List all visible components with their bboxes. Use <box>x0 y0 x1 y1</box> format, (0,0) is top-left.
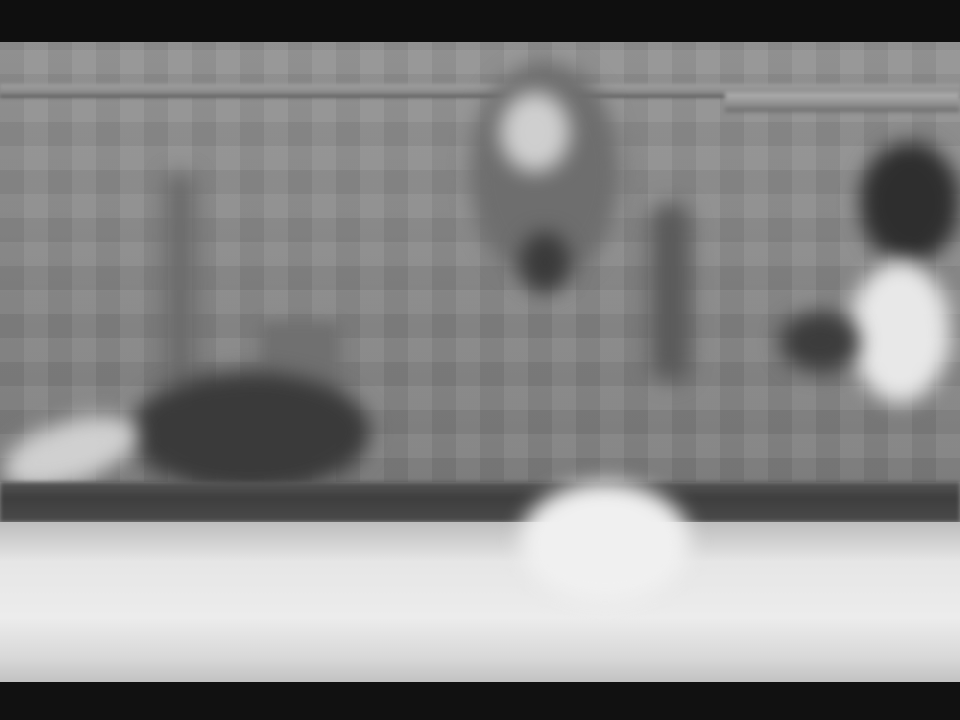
picture-area <box>0 42 960 682</box>
floor-highlight <box>520 482 690 602</box>
video-frame <box>0 0 960 720</box>
letterbox-top <box>0 0 960 42</box>
letterbox-bottom <box>0 682 960 720</box>
figure-center-highlight <box>500 92 570 172</box>
figure-center-leg <box>650 202 690 382</box>
bright-floor <box>0 522 960 682</box>
dark-stripe <box>0 482 960 522</box>
wall-rail-right <box>725 92 960 112</box>
figure-right-arm <box>780 312 860 372</box>
figure-right-dark <box>860 142 960 262</box>
figure-right-white <box>850 262 950 402</box>
figure-center-shadow <box>520 232 570 292</box>
vertical-post <box>165 172 195 392</box>
figure-left-lower <box>130 372 370 492</box>
